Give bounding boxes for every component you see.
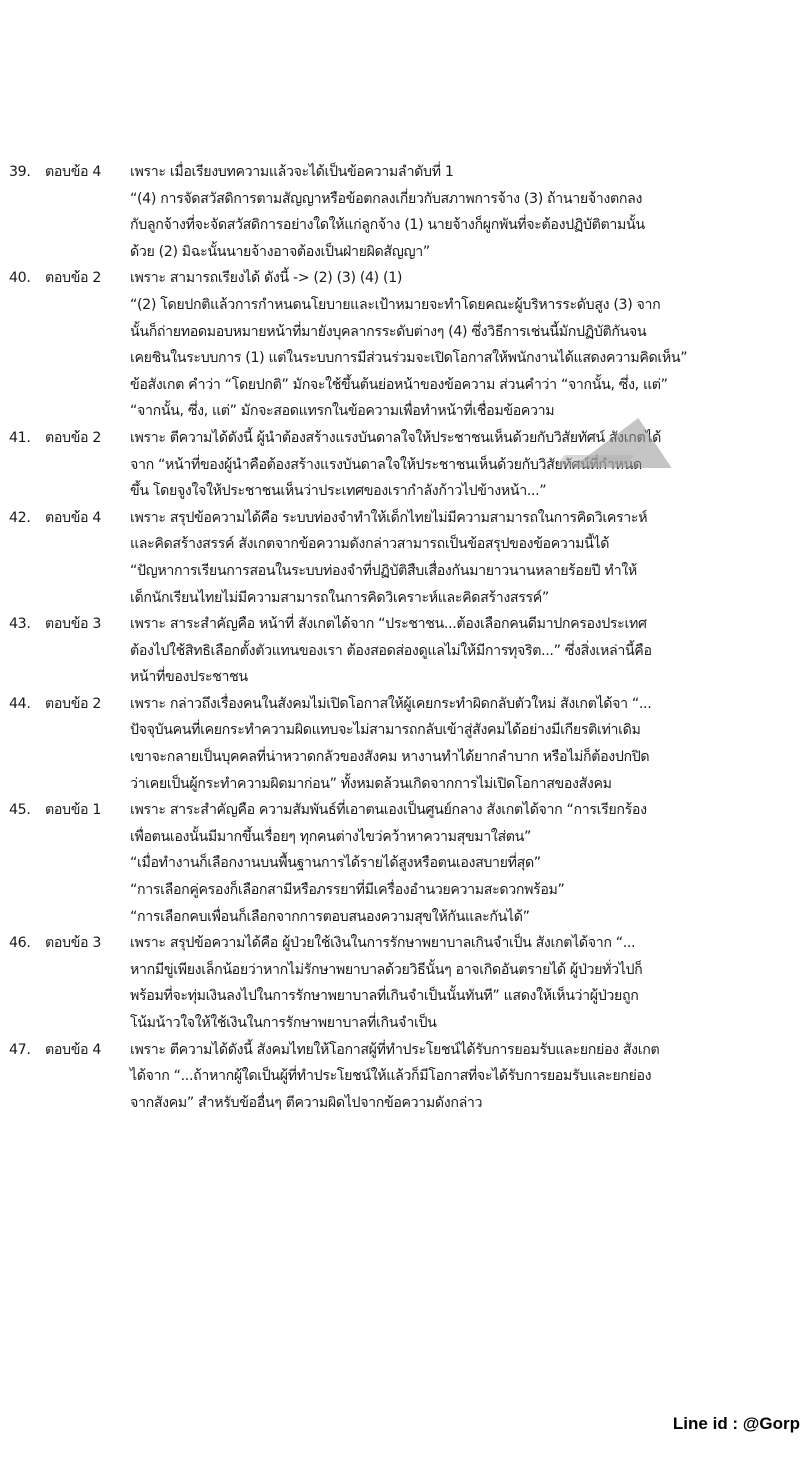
answer-item: 43.ตอบข้อ 3เพราะ สาระสำคัญคือ หน้าที่ สั… bbox=[0, 611, 800, 691]
question-number: 47. bbox=[9, 1037, 31, 1064]
answer-choice: ตอบข้อ 2 bbox=[45, 425, 101, 452]
explanation-line: พร้อมที่จะทุ่มเงินลงไปในการรักษาพยาบาลที… bbox=[0, 983, 800, 1010]
explanation-text: “ปัญหาการเรียนการสอนในระบบท่องจำที่ปฏิบั… bbox=[130, 558, 637, 585]
answer-choice: ตอบข้อ 2 bbox=[45, 691, 101, 718]
answer-choice: ตอบข้อ 3 bbox=[45, 611, 101, 638]
explanation-line: เพื่อตนเองนั้นมีมากขึ้นเรื่อยๆ ทุกคนต่าง… bbox=[0, 824, 800, 851]
explanation-text: ด้วย (2) มิฉะนั้นนายจ้างอาจต้องเป็นฝ่ายผ… bbox=[130, 239, 430, 266]
explanation-text: หน้าที่ของประชาชน bbox=[130, 664, 248, 691]
answer-header-line: 46.ตอบข้อ 3เพราะ สรุปข้อความได้คือ ผู้ป่… bbox=[0, 930, 800, 957]
reason-text: เพราะ เมื่อเรียงบทความแล้วจะได้เป็นข้อคว… bbox=[130, 159, 454, 186]
explanation-line: “(4) การจัดสวัสดิการตามสัญญาหรือข้อตกลงเ… bbox=[0, 186, 800, 213]
explanation-line: “การเลือกคบเพื่อนก็เลือกจากการตอบสนองควา… bbox=[0, 904, 800, 931]
reason-text: เพราะ ตีความได้ดังนี้ สังคมไทยให้โอกาสผู… bbox=[130, 1037, 659, 1064]
question-number: 39. bbox=[9, 159, 31, 186]
question-number: 46. bbox=[9, 930, 31, 957]
explanation-text: เด็กนักเรียนไทยไม่มีความสามารถในการคิดวิ… bbox=[130, 585, 549, 612]
explanation-text: พร้อมที่จะทุ่มเงินลงไปในการรักษาพยาบาลที… bbox=[130, 983, 638, 1010]
explanation-line: ด้วย (2) มิฉะนั้นนายจ้างอาจต้องเป็นฝ่ายผ… bbox=[0, 239, 800, 266]
explanation-line: เด็กนักเรียนไทยไม่มีความสามารถในการคิดวิ… bbox=[0, 585, 800, 612]
answer-choice: ตอบข้อ 4 bbox=[45, 159, 101, 186]
explanation-text: หากมีขู่เพียงเล็กน้อยว่าหากไม่รักษาพยาบา… bbox=[130, 957, 642, 984]
answer-header-line: 42.ตอบข้อ 4เพราะ สรุปข้อความได้คือ ระบบท… bbox=[0, 505, 800, 532]
answer-item: 44.ตอบข้อ 2เพราะ กล่าวถึงเรื่องคนในสังคม… bbox=[0, 691, 800, 797]
answer-choice: ตอบข้อ 1 bbox=[45, 797, 101, 824]
reason-text: เพราะ สรุปข้อความได้คือ ระบบท่องจำทำให้เ… bbox=[130, 505, 647, 532]
reason-text: เพราะ สรุปข้อความได้คือ ผู้ป่วยใช้เงินใน… bbox=[130, 930, 635, 957]
explanation-text: ว่าเคยเป็นผู้กระทำความผิดมาก่อน” ทั้งหมด… bbox=[130, 771, 612, 798]
question-number: 42. bbox=[9, 505, 31, 532]
explanation-line: “เมื่อทำงานก็เลือกงานบนพื้นฐานการได้รายไ… bbox=[0, 850, 800, 877]
question-number: 41. bbox=[9, 425, 31, 452]
explanation-line: เขาจะกลายเป็นบุคคลที่น่าหวาดกลัวของสังคม… bbox=[0, 744, 800, 771]
answer-header-line: 40.ตอบข้อ 2เพราะ สามารถเรียงได้ ดังนี้ -… bbox=[0, 265, 800, 292]
explanation-text: “(4) การจัดสวัสดิการตามสัญญาหรือข้อตกลงเ… bbox=[130, 186, 642, 213]
answer-item: 47.ตอบข้อ 4เพราะ ตีความได้ดังนี้ สังคมไท… bbox=[0, 1037, 800, 1117]
answer-header-line: 45.ตอบข้อ 1เพราะ สาระสำคัญคือ ความสัมพัน… bbox=[0, 797, 800, 824]
reason-text: เพราะ สามารถเรียงได้ ดังนี้ -> (2) (3) (… bbox=[130, 265, 402, 292]
answer-header-line: 47.ตอบข้อ 4เพราะ ตีความได้ดังนี้ สังคมไท… bbox=[0, 1037, 800, 1064]
footer-line-id: Line id : @Gorp bbox=[673, 1414, 800, 1434]
explanation-text: เขาจะกลายเป็นบุคคลที่น่าหวาดกลัวของสังคม… bbox=[130, 744, 649, 771]
answer-item: 42.ตอบข้อ 4เพราะ สรุปข้อความได้คือ ระบบท… bbox=[0, 505, 800, 611]
explanation-line: กับลูกจ้างที่จะจัดสวัสดิการอย่างใดให้แก่… bbox=[0, 212, 800, 239]
explanation-text: ปัจจุบันคนที่เคยกระทำความผิดแทบจะไม่สามา… bbox=[130, 717, 641, 744]
answer-item: 39.ตอบข้อ 4เพราะ เมื่อเรียงบทความแล้วจะไ… bbox=[0, 159, 800, 265]
answer-choice: ตอบข้อ 2 bbox=[45, 265, 101, 292]
explanation-line: โน้มน้าวใจให้ใช้เงินในการรักษาพยาบาลที่เ… bbox=[0, 1010, 800, 1037]
explanation-text: และคิดสร้างสรรค์ สังเกตจากข้อความดังกล่า… bbox=[130, 531, 609, 558]
answer-item: 45.ตอบข้อ 1เพราะ สาระสำคัญคือ ความสัมพัน… bbox=[0, 797, 800, 930]
explanation-text: “(2) โดยปกติแล้วการกำหนดนโยบายและเป้าหมา… bbox=[130, 292, 660, 319]
answer-header-line: 39.ตอบข้อ 4เพราะ เมื่อเรียงบทความแล้วจะไ… bbox=[0, 159, 800, 186]
reason-text: เพราะ สาระสำคัญคือ หน้าที่ สังเกตได้จาก … bbox=[130, 611, 647, 638]
explanation-line: จากสังคม” สำหรับข้ออื่นๆ ตีความผิดไปจากข… bbox=[0, 1090, 800, 1117]
question-number: 40. bbox=[9, 265, 31, 292]
explanation-text: ขึ้น โดยจูงใจให้ประชาชนเห็นว่าประเทศของเ… bbox=[130, 478, 546, 505]
explanation-text: เพื่อตนเองนั้นมีมากขึ้นเรื่อยๆ ทุกคนต่าง… bbox=[130, 824, 531, 851]
explanation-text: กับลูกจ้างที่จะจัดสวัสดิการอย่างใดให้แก่… bbox=[130, 212, 645, 239]
explanation-line: และคิดสร้างสรรค์ สังเกตจากข้อความดังกล่า… bbox=[0, 531, 800, 558]
explanation-line: “การเลือกคู่ครองก็เลือกสามีหรือภรรยาที่ม… bbox=[0, 877, 800, 904]
explanation-text: “การเลือกคู่ครองก็เลือกสามีหรือภรรยาที่ม… bbox=[130, 877, 565, 904]
explanation-line: เคยชินในระบบการ (1) แต่ในระบบการมีส่วนร่… bbox=[0, 345, 800, 372]
explanation-line: ได้จาก “...ถ้าหากผู้ใดเป็นผู้ที่ทำประโยช… bbox=[0, 1063, 800, 1090]
explanation-line: หากมีขู่เพียงเล็กน้อยว่าหากไม่รักษาพยาบา… bbox=[0, 957, 800, 984]
explanation-line: ว่าเคยเป็นผู้กระทำความผิดมาก่อน” ทั้งหมด… bbox=[0, 771, 800, 798]
explanation-text: “การเลือกคบเพื่อนก็เลือกจากการตอบสนองควา… bbox=[130, 904, 530, 931]
answer-choice: ตอบข้อ 3 bbox=[45, 930, 101, 957]
question-number: 43. bbox=[9, 611, 31, 638]
explanation-text: นั้นก็ถ่ายทอดมอบหมายหน้าที่มายังบุคลากรร… bbox=[130, 319, 646, 346]
explanation-text: โน้มน้าวใจให้ใช้เงินในการรักษาพยาบาลที่เ… bbox=[130, 1010, 437, 1037]
explanation-line: “ปัญหาการเรียนการสอนในระบบท่องจำที่ปฏิบั… bbox=[0, 558, 800, 585]
answer-header-line: 43.ตอบข้อ 3เพราะ สาระสำคัญคือ หน้าที่ สั… bbox=[0, 611, 800, 638]
explanation-line: นั้นก็ถ่ายทอดมอบหมายหน้าที่มายังบุคลากรร… bbox=[0, 319, 800, 346]
explanation-line: ต้องไปใช้สิทธิเลือกตั้งตัวแทนของเรา ต้อง… bbox=[0, 638, 800, 665]
explanation-line: “(2) โดยปกติแล้วการกำหนดนโยบายและเป้าหมา… bbox=[0, 292, 800, 319]
answer-choice: ตอบข้อ 4 bbox=[45, 505, 101, 532]
question-number: 44. bbox=[9, 691, 31, 718]
answer-list: 39.ตอบข้อ 4เพราะ เมื่อเรียงบทความแล้วจะไ… bbox=[0, 159, 800, 1116]
explanation-line: จาก “หน้าที่ของผู้นำคือต้องสร้างแรงบันดา… bbox=[0, 452, 800, 479]
explanation-line: ขึ้น โดยจูงใจให้ประชาชนเห็นว่าประเทศของเ… bbox=[0, 478, 800, 505]
reason-text: เพราะ กล่าวถึงเรื่องคนในสังคมไม่เปิดโอกา… bbox=[130, 691, 651, 718]
explanation-text: ได้จาก “...ถ้าหากผู้ใดเป็นผู้ที่ทำประโยช… bbox=[130, 1063, 651, 1090]
reason-text: เพราะ สาระสำคัญคือ ความสัมพันธ์ที่เอาตนเ… bbox=[130, 797, 647, 824]
explanation-text: ข้อสังเกต คำว่า “โดยปกติ” มักจะใช้ขึ้นต้… bbox=[130, 372, 668, 399]
explanation-text: ต้องไปใช้สิทธิเลือกตั้งตัวแทนของเรา ต้อง… bbox=[130, 638, 652, 665]
explanation-text: เคยชินในระบบการ (1) แต่ในระบบการมีส่วนร่… bbox=[130, 345, 687, 372]
answer-key-page: 39.ตอบข้อ 4เพราะ เมื่อเรียงบทความแล้วจะไ… bbox=[0, 0, 800, 1459]
explanation-text: “จากนั้น, ซึ่ง, แต่” มักจะสอดแทรกในข้อคว… bbox=[130, 398, 554, 425]
explanation-text: จากสังคม” สำหรับข้ออื่นๆ ตีความผิดไปจากข… bbox=[130, 1090, 482, 1117]
explanation-line: ปัจจุบันคนที่เคยกระทำความผิดแทบจะไม่สามา… bbox=[0, 717, 800, 744]
watermark-logo-bar bbox=[556, 455, 634, 467]
answer-item: 40.ตอบข้อ 2เพราะ สามารถเรียงได้ ดังนี้ -… bbox=[0, 265, 800, 425]
answer-item: 46.ตอบข้อ 3เพราะ สรุปข้อความได้คือ ผู้ป่… bbox=[0, 930, 800, 1036]
answer-header-line: 44.ตอบข้อ 2เพราะ กล่าวถึงเรื่องคนในสังคม… bbox=[0, 691, 800, 718]
answer-choice: ตอบข้อ 4 bbox=[45, 1037, 101, 1064]
question-number: 45. bbox=[9, 797, 31, 824]
explanation-line: หน้าที่ของประชาชน bbox=[0, 664, 800, 691]
explanation-text: “เมื่อทำงานก็เลือกงานบนพื้นฐานการได้รายไ… bbox=[130, 850, 541, 877]
explanation-line: ข้อสังเกต คำว่า “โดยปกติ” มักจะใช้ขึ้นต้… bbox=[0, 372, 800, 399]
